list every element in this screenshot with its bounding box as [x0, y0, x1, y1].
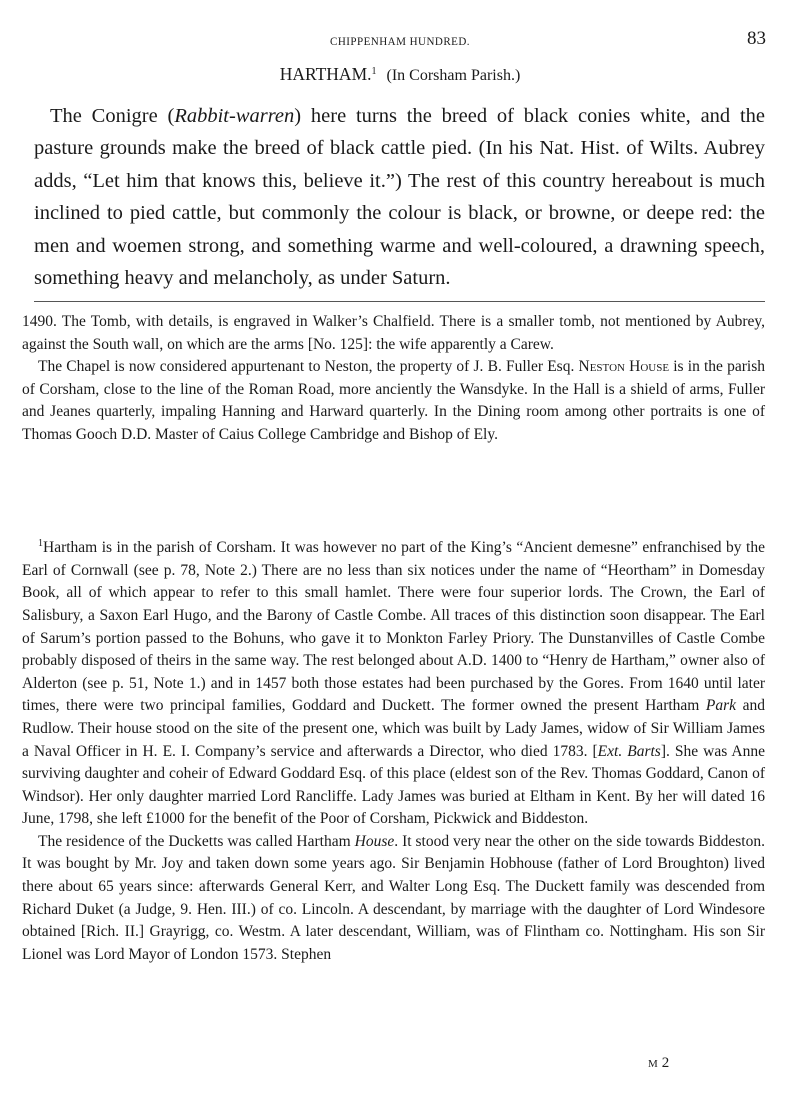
- notes-text-segment: The Chapel is now considered appurtenant…: [38, 358, 579, 375]
- main-text-segment: ) here turns the breed of black conies w…: [34, 105, 765, 289]
- section-title: HARTHAM.: [280, 64, 372, 84]
- running-title: CHIPPENHAM HUNDRED.: [32, 34, 768, 49]
- signature-letter: M: [648, 1058, 658, 1070]
- main-paragraph: The Conigre (Rabbit-warren) here turns t…: [34, 100, 765, 294]
- section-subtitle: (In Corsham Parish.): [387, 67, 521, 84]
- divider-rule: [34, 301, 765, 302]
- footnote-italic: House: [355, 833, 395, 850]
- section-heading: HARTHAM.1(In Corsham Parish.): [0, 64, 800, 85]
- footnote-italic: Park: [706, 697, 736, 714]
- signature-mark: M2: [648, 1055, 669, 1072]
- main-text-segment: The Conigre (: [50, 105, 174, 127]
- running-head: CHIPPENHAM HUNDRED. 83: [0, 28, 800, 52]
- notes-chapel-paragraph: The Chapel is now considered appurtenant…: [22, 356, 765, 446]
- signature-number: 2: [662, 1055, 670, 1071]
- footnote-reference[interactable]: 1: [372, 66, 377, 77]
- footnote-duckett-paragraph: The residence of the Ducketts was called…: [22, 831, 765, 967]
- main-text-italic: Rabbit-warren: [174, 105, 294, 127]
- footnote-italic: Ext. Barts: [598, 743, 661, 760]
- page-number: 83: [747, 28, 766, 50]
- notes-smallcaps-name: Neston House: [579, 358, 670, 375]
- footnote-block: 1Hartham is in the parish of Corsham. It…: [22, 533, 765, 966]
- footnote-paragraph: 1Hartham is in the parish of Corsham. It…: [22, 533, 765, 831]
- footnote-text-segment: The residence of the Ducketts was called…: [38, 833, 355, 850]
- footnote-text-segment: Hartham is in the parish of Corsham. It …: [22, 539, 765, 714]
- notes-continued-paragraph: 1490. The Tomb, with details, is engrave…: [22, 311, 765, 356]
- notes-block: 1490. The Tomb, with details, is engrave…: [22, 311, 765, 447]
- footnote-text-segment: . It stood very near the other on the si…: [22, 833, 765, 963]
